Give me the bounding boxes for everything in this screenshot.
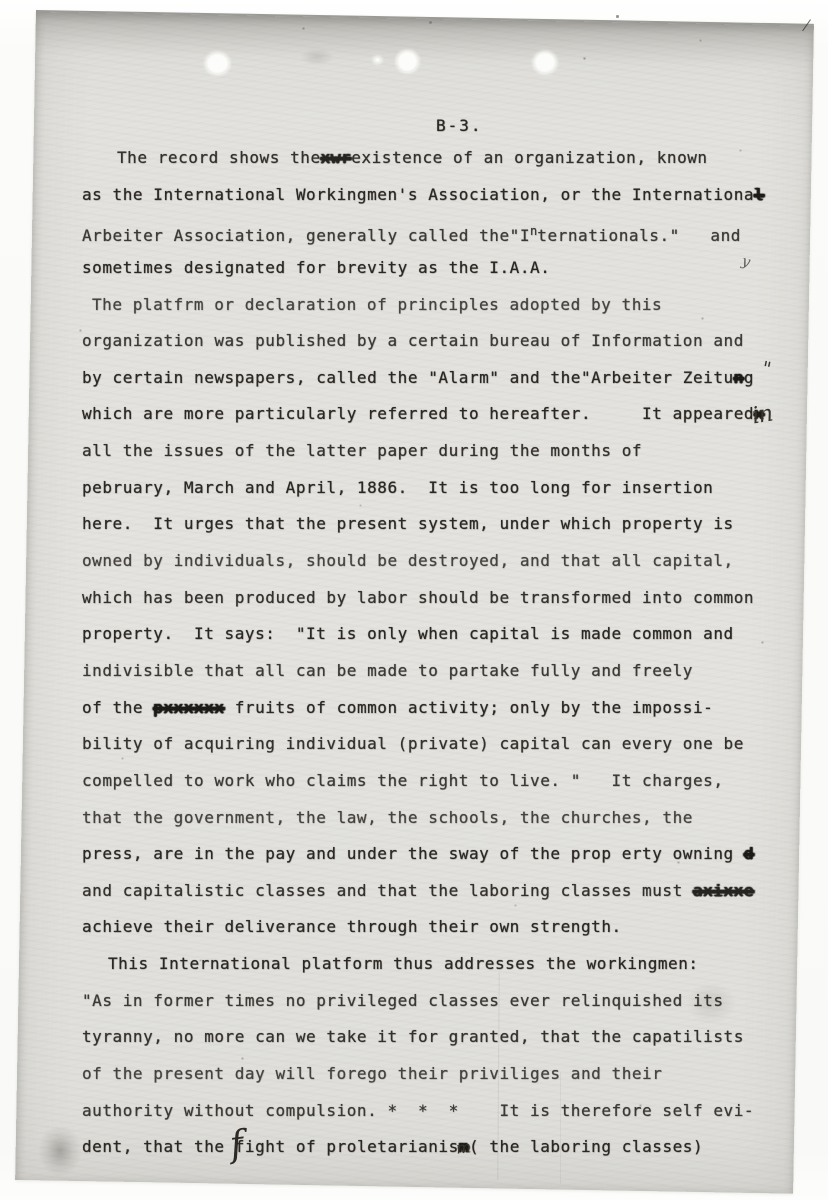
punch-hole xyxy=(206,53,229,74)
typed-line: achieve their deliverance through their … xyxy=(82,909,782,946)
overstruck-text: xwr xyxy=(321,148,352,167)
typed-line: all the issues of the latter paper durin… xyxy=(82,433,782,470)
typed-line: Arbeiter Association, generally called t… xyxy=(82,213,782,250)
dust-specks xyxy=(0,0,1,1)
typed-line: of the pxxxxxx fruits of common activity… xyxy=(82,690,782,727)
overstruck-text: l xyxy=(754,185,764,204)
punch-hole xyxy=(397,51,418,72)
typed-line: organization was published by a certain … xyxy=(82,323,782,360)
overstruck-text: d xyxy=(744,844,754,863)
typed-line: dent, that the fight of proletarianism( … xyxy=(82,1129,782,1166)
punch-hole xyxy=(534,52,556,73)
typed-line: sometimes designated for brevity as the … xyxy=(82,250,782,287)
typed-line: that the government, the law, the school… xyxy=(82,800,782,837)
typed-line: as the International Workingmen's Associ… xyxy=(82,177,782,214)
typed-line: and capitalistic classes and that the la… xyxy=(82,873,782,910)
typed-line: property. It says: "It is only when capi… xyxy=(82,616,782,653)
typed-line: The record shows thexwrexistence of an o… xyxy=(82,140,782,177)
typed-line: pebruary, March and April, 1886. It is t… xyxy=(82,470,782,507)
typed-line: "As in former times no privileged classe… xyxy=(82,983,782,1020)
page-number: B-3. xyxy=(436,116,483,135)
typed-line: which are more particularly referred to … xyxy=(82,396,782,433)
scanned-document: B-3. The record shows thexwrexistence of… xyxy=(0,0,828,1200)
typed-line: by certain newspapers, called the "Alarm… xyxy=(82,360,782,397)
overstruck-text: pxxxxxx xyxy=(153,698,224,717)
overstruck-text: axixxe xyxy=(693,881,754,900)
typed-line: of the present day will forego their pri… xyxy=(82,1056,782,1093)
typed-line: bility of acquiring individual (private)… xyxy=(82,726,782,763)
typed-line: indivisible that all can be made to part… xyxy=(82,653,782,690)
typed-line: The platfrm or declaration of principles… xyxy=(82,287,782,324)
typed-line: here. It urges that the present system, … xyxy=(82,506,782,543)
punch-hole-speck xyxy=(374,57,381,63)
paper-top-shading xyxy=(35,12,814,70)
overstruck-text: m xyxy=(459,1137,469,1156)
typed-line: tyranny, no more can we take it for gran… xyxy=(82,1019,782,1056)
overstruck-text: x xyxy=(754,404,764,423)
typed-line: owned by individuals, should be destroye… xyxy=(82,543,782,580)
typed-line: which has been produced by labor should … xyxy=(82,580,782,617)
typed-line: This International platform thus address… xyxy=(82,946,782,983)
typed-text-block: The record shows thexwrexistence of an o… xyxy=(82,140,782,1166)
overstruck-text: n xyxy=(734,368,744,387)
typed-line: compelled to work who claims the right t… xyxy=(82,763,782,800)
typed-line: authority without compulsion. * * * It i… xyxy=(82,1093,782,1130)
typed-line: press, are in the pay and under the sway… xyxy=(82,836,782,873)
